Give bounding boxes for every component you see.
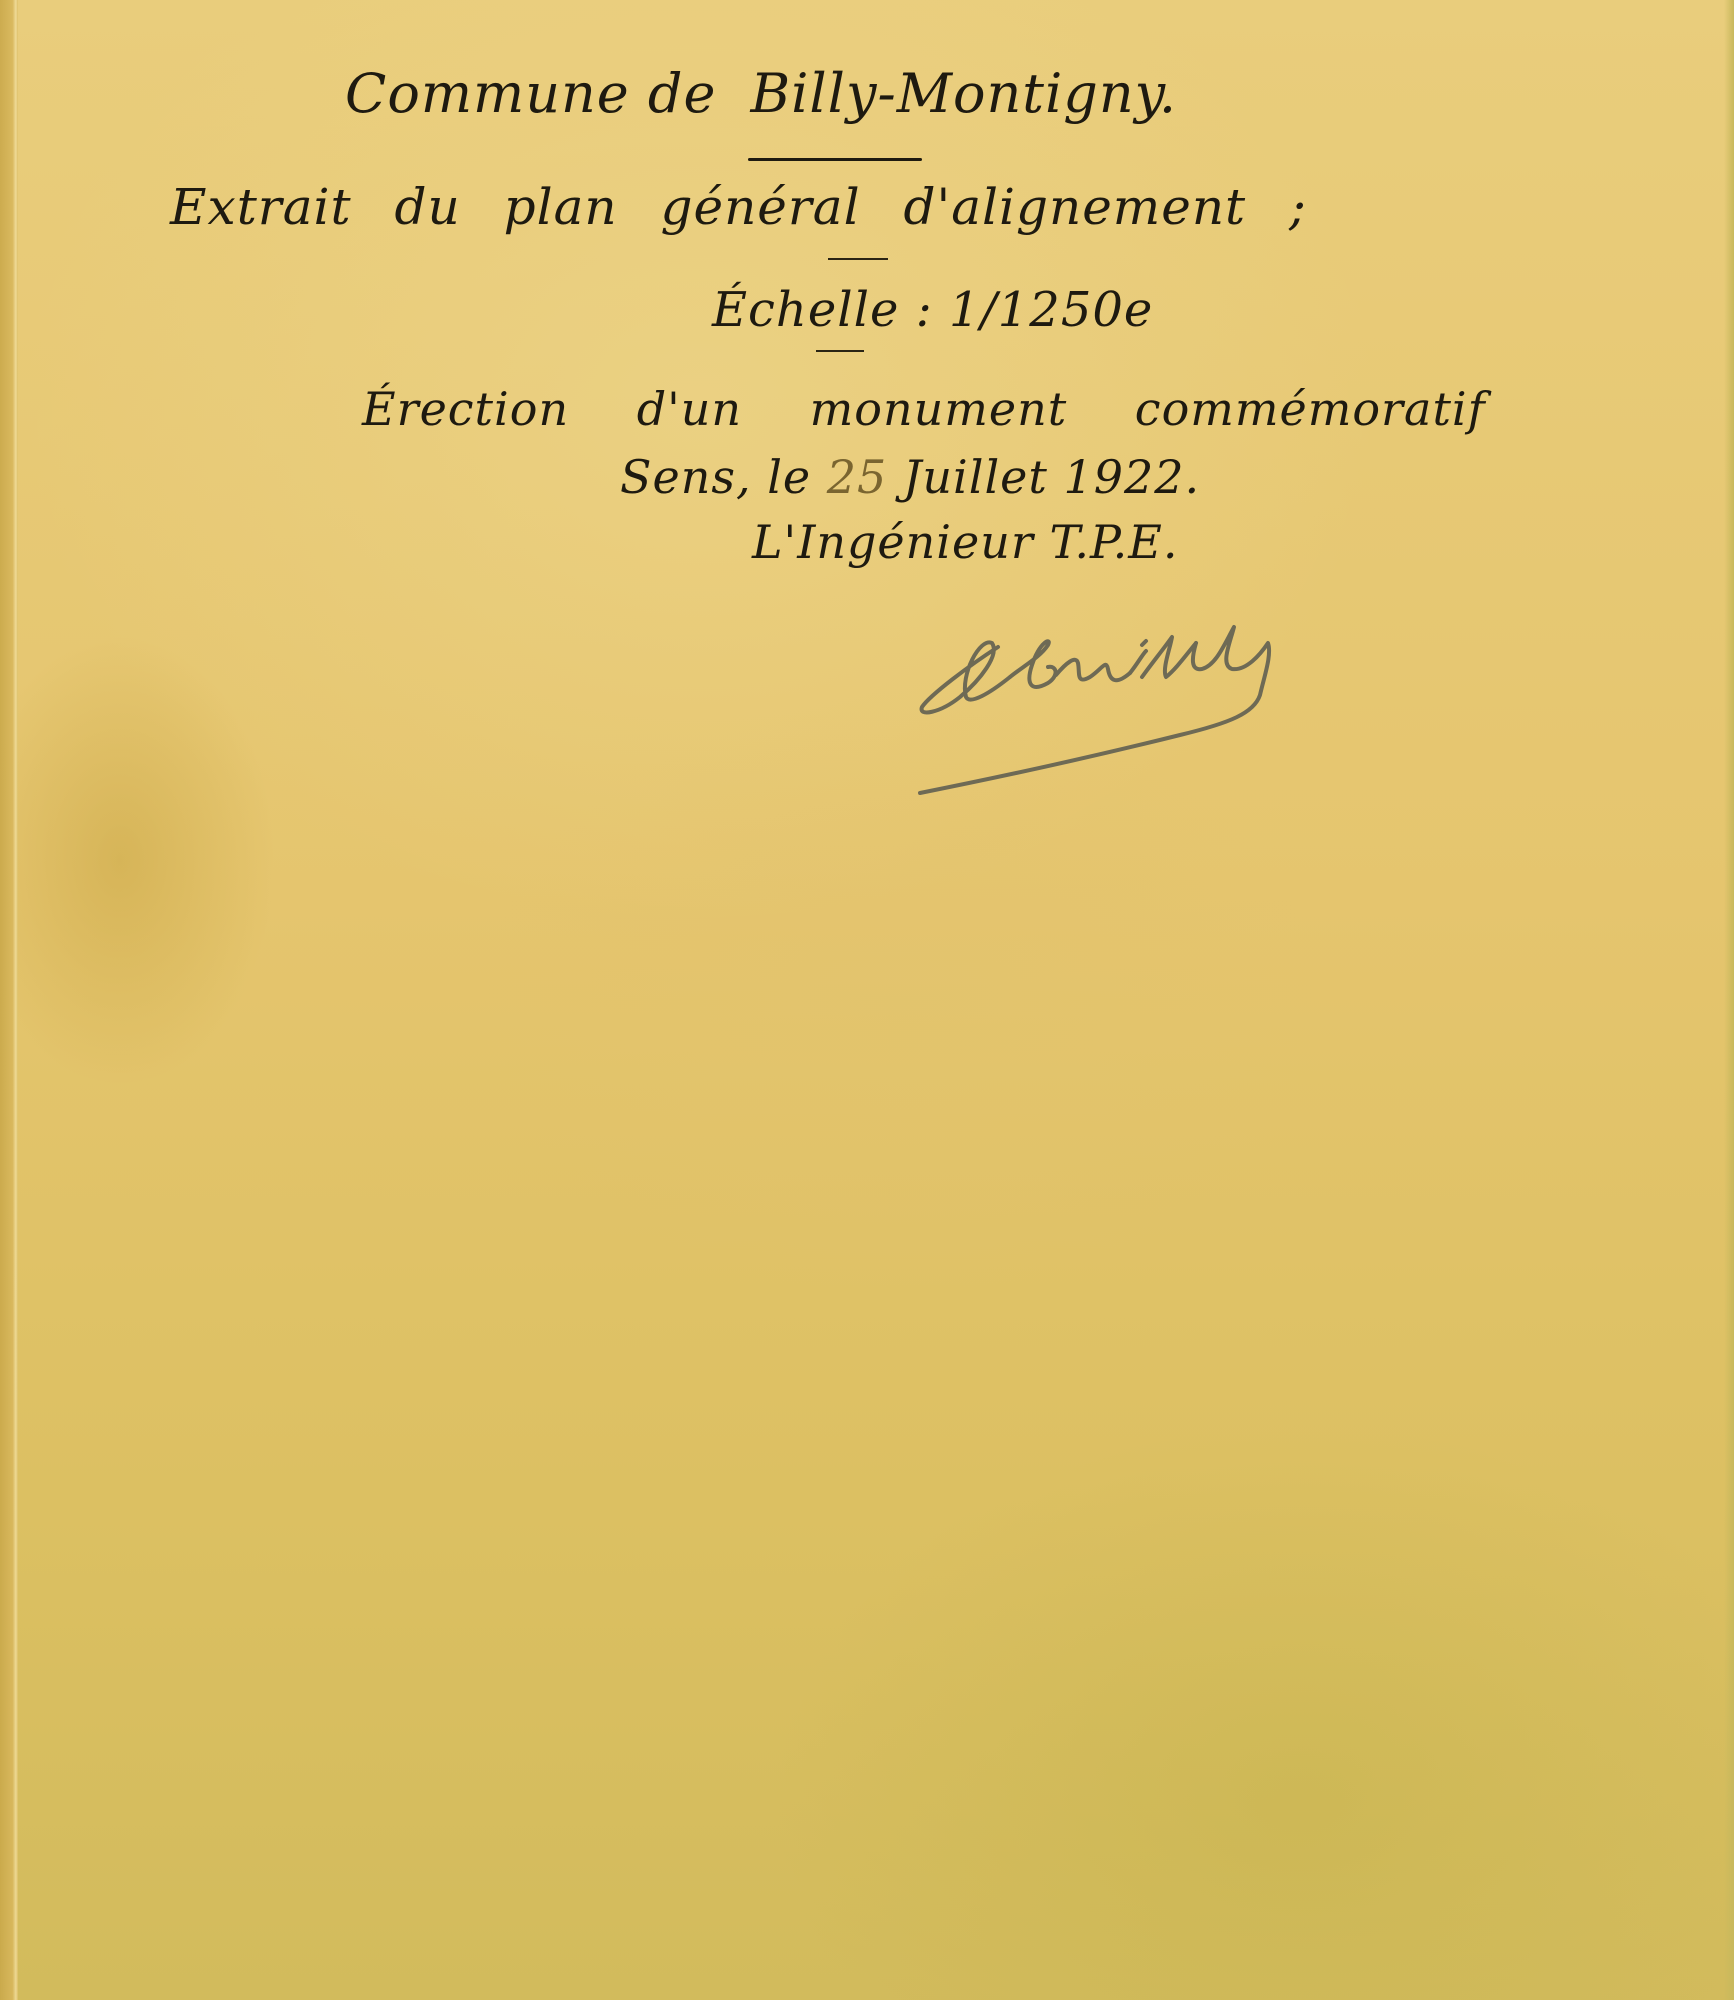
date-place: Sens, le [620, 450, 811, 504]
date-day: 25 [827, 450, 888, 504]
scale-underline [816, 350, 864, 352]
paper-right-edge [1724, 0, 1734, 2000]
scale-label: Échelle : 1/1250e [712, 282, 1153, 338]
purpose-line: Érection d'un monument commémoratif [362, 382, 1486, 436]
document-subtitle: Extrait du plan général d'alignement ; [170, 178, 1307, 236]
paper-left-fold [0, 0, 18, 2000]
signatory-title: L'Ingénieur T.P.E. [752, 515, 1178, 569]
subtitle-underline [828, 258, 888, 260]
date-month-year: Juillet 1922. [903, 450, 1200, 504]
document-heading: Commune deBilly-Montigny. [345, 62, 1177, 125]
heading-place: Billy-Montigny. [750, 62, 1177, 125]
place-underline [748, 158, 922, 161]
signature-mark: signature (illegible) [880, 585, 1320, 805]
place-date-line: Sens, le 25 Juillet 1922. [620, 450, 1200, 504]
heading-prefix: Commune de [345, 62, 716, 125]
